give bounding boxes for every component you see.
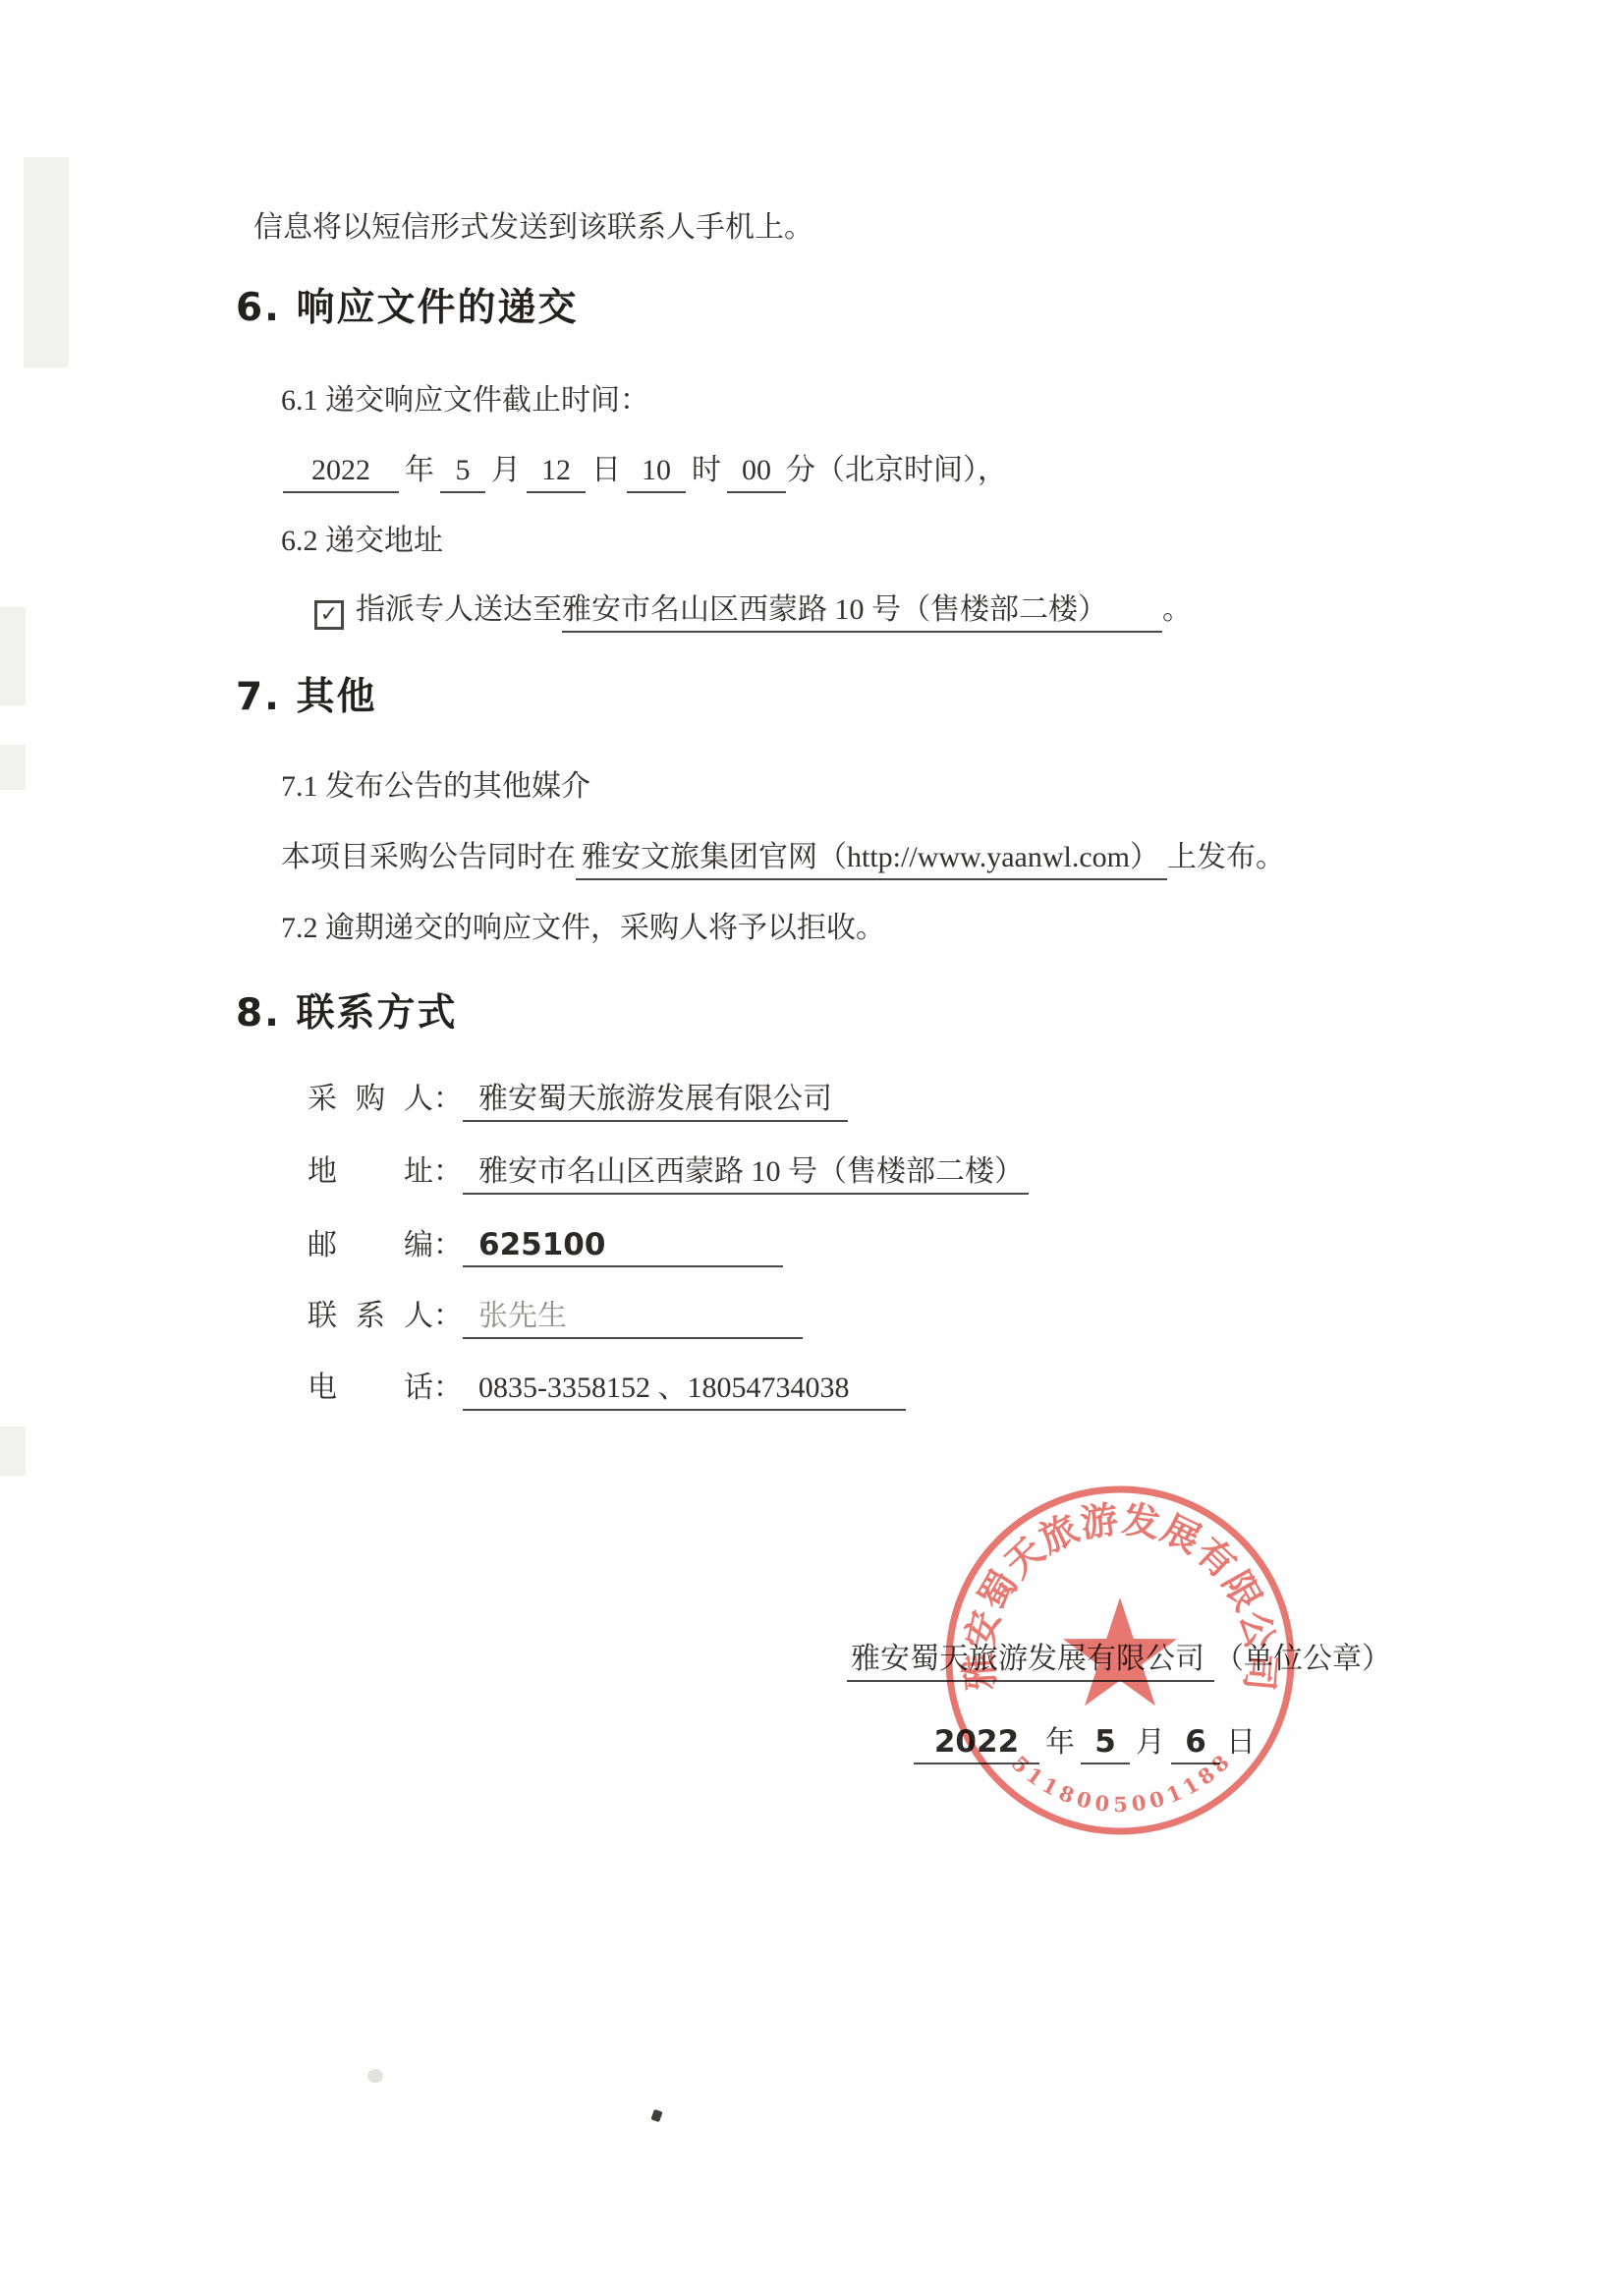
deadline-year: 2022 xyxy=(283,450,399,493)
deadline-day-unit: 日 xyxy=(591,454,621,486)
contact-colon: ： xyxy=(433,1300,463,1332)
contact-label: 联系人 xyxy=(308,1296,433,1337)
item-6-2: 6.2 递交地址 xyxy=(281,521,443,562)
scan-artifact xyxy=(0,1427,26,1476)
contact-row-phone: 电话：0835-3358152 、18054734038 xyxy=(308,1368,906,1411)
publish-prefix: 本项目采购公告同时在 xyxy=(281,841,576,873)
scan-artifact xyxy=(0,745,26,790)
item-7-2: 7.2 逾期递交的响应文件，采购人将予以拒收。 xyxy=(281,908,885,949)
section6-heading: 6. 响应文件的递交 xyxy=(236,277,579,332)
contact-row-person: 联系人：张先生 xyxy=(308,1296,803,1339)
contact-row-address: 地址：雅安市名山区西蒙路 10 号（售楼部二楼） xyxy=(308,1151,1029,1195)
company-seal: 雅安蜀天旅游发展有限公司 5118005001188 xyxy=(914,1454,1326,1867)
section7-heading: 7. 其他 xyxy=(236,666,377,721)
deadline-day: 12 xyxy=(527,450,586,493)
deadline-suffix: 分（北京时间）， xyxy=(786,454,1007,486)
scan-artifact xyxy=(24,157,69,367)
deadline-month-unit: 月 xyxy=(491,454,521,486)
contact-colon: ： xyxy=(433,1155,463,1188)
delivery-prefix: 指派专人送达至 xyxy=(356,593,562,626)
delivery-period: 。 xyxy=(1162,593,1192,626)
deadline-hour-unit: 时 xyxy=(692,454,721,486)
contact-value: 雅安市名山区西蒙路 10 号（售楼部二楼） xyxy=(463,1151,1029,1195)
checkbox-checked-icon: ✓ xyxy=(314,600,344,630)
document-page: 信息将以短信形式发送到该联系人手机上。 6. 响应文件的递交 6.1 递交响应文… xyxy=(0,0,1624,2295)
contact-label: 电话 xyxy=(308,1368,433,1409)
contact-colon: ： xyxy=(433,1083,463,1115)
paragraph-intro: 信息将以短信形式发送到该联系人手机上。 xyxy=(253,207,813,249)
contact-label: 采购人 xyxy=(308,1079,433,1120)
contact-row-buyer: 采购人：雅安蜀天旅游发展有限公司 xyxy=(308,1079,848,1122)
scan-speck xyxy=(650,2109,662,2122)
item-7-1: 7.1 发布公告的其他媒介 xyxy=(281,766,590,808)
publish-media: 雅安文旅集团官网（http://www.yaanwl.com） xyxy=(576,837,1167,880)
scan-artifact xyxy=(0,607,26,705)
deadline-year-unit: 年 xyxy=(405,454,434,486)
contact-colon: ： xyxy=(433,1371,463,1404)
deadline-month: 5 xyxy=(440,450,485,493)
deadline-minute: 00 xyxy=(727,450,786,493)
publish-suffix: 上发布。 xyxy=(1167,841,1285,873)
contact-value: 0835-3358152 、18054734038 xyxy=(463,1368,906,1411)
publish-line: 本项目采购公告同时在雅安文旅集团官网（http://www.yaanwl.com… xyxy=(281,837,1285,880)
contact-colon: ： xyxy=(433,1229,463,1261)
seal-star xyxy=(1063,1597,1177,1706)
delivery-line: ✓指派专人送达至雅安市名山区西蒙路 10 号（售楼部二楼）。 xyxy=(314,589,1192,633)
check-glyph: ✓ xyxy=(320,602,338,627)
contact-value: 张先生 xyxy=(463,1296,803,1339)
contact-value: 625100 xyxy=(463,1224,783,1267)
contact-label: 邮编 xyxy=(308,1225,433,1266)
scan-speck xyxy=(367,2069,383,2083)
contact-label: 地址 xyxy=(308,1151,433,1193)
item-6-1: 6.1 递交响应文件截止时间： xyxy=(281,380,649,421)
contact-value: 雅安蜀天旅游发展有限公司 xyxy=(463,1079,848,1122)
delivery-address: 雅安市名山区西蒙路 10 号（售楼部二楼） xyxy=(562,589,1162,633)
deadline-hour: 10 xyxy=(627,450,686,493)
contact-row-postcode: 邮编：625100 xyxy=(308,1224,783,1267)
deadline-line: 2022年5月12日10时00分（北京时间）， xyxy=(283,450,1007,493)
section8-heading: 8. 联系方式 xyxy=(236,982,458,1037)
